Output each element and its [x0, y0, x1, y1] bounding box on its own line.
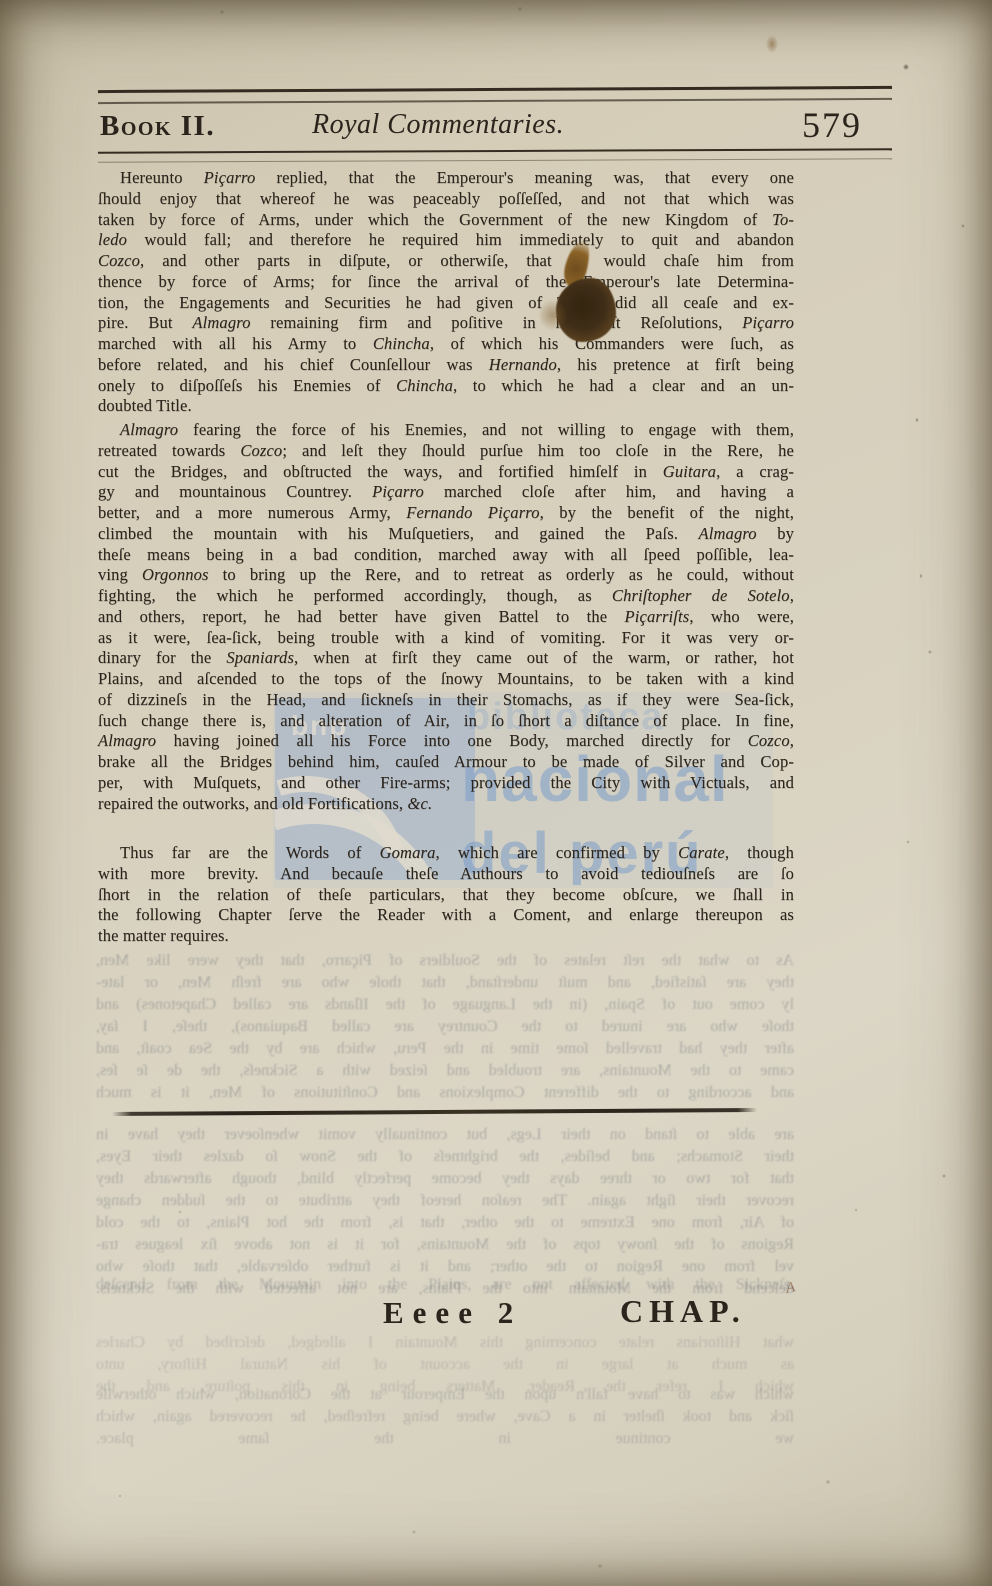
- text-line: climbed the mountain with his Muſquetier…: [98, 524, 794, 545]
- text-line: the following Chapter ſerve the Reader w…: [98, 905, 794, 926]
- text-line: repaired the outworks, and old Fortifica…: [98, 794, 794, 815]
- text-line: ſick and took ſhelter in a Cave, where b…: [96, 1406, 794, 1428]
- text-line: doubted Title.: [98, 396, 794, 417]
- header-rule-top: [98, 86, 892, 104]
- text-line: recover their ſight again. The reaſon he…: [96, 1190, 794, 1212]
- text-line: pire. But Almagro remaining firm and poſ…: [98, 313, 794, 334]
- text-line: better, and a more numerous Army, Fernan…: [98, 503, 794, 524]
- showthrough-bottom: which was to have fall'n upon the Empero…: [96, 1384, 794, 1450]
- text-line: as much at large in the account of his N…: [96, 1354, 794, 1376]
- paragraph-1: Hereunto Piçarro replied, that the Emper…: [98, 168, 794, 417]
- text-line: which was to have fall'n upon the Empero…: [96, 1384, 794, 1406]
- catchword: CHAP.: [620, 1293, 746, 1330]
- text-line: ving Orgonnos to bring up the Rere, and …: [98, 565, 794, 586]
- book-label: Book II.: [100, 110, 215, 143]
- text-line: taken by force of Arms, under which the …: [98, 210, 794, 231]
- text-line: before related, and his chief Counſellou…: [98, 355, 794, 376]
- text-line: of Air, from one Extreme to the other, t…: [96, 1212, 794, 1234]
- gathering-mark: Eeee 2: [383, 1295, 522, 1331]
- text-line: and others, report, he had better have g…: [98, 607, 794, 628]
- text-line: Hereunto Piçarro replied, that the Emper…: [98, 168, 794, 189]
- text-line: tion, the Engagements and Securities he …: [98, 293, 794, 314]
- text-line: after they had travelled ſome time in th…: [96, 1038, 794, 1060]
- text-line: Cozco, and other parts in diſpute, or ot…: [98, 251, 794, 272]
- page-number: 579: [802, 104, 862, 146]
- header-rule-bottom: [98, 148, 892, 162]
- text-line: ſhort in the relation of theſe particula…: [98, 885, 794, 906]
- text-line: with more brevity. And becauſe theſe Aut…: [98, 864, 794, 885]
- text-line: theſe means being in a bad condition, ma…: [98, 545, 794, 566]
- text-line: they are ſatisfied, and muſt underſtand,…: [96, 972, 794, 994]
- text-line: what Hiſtorians relate concerning this M…: [96, 1332, 794, 1354]
- text-line: ſuch change there is, and alteration of …: [98, 711, 794, 732]
- text-line: As to what the reſt relates of the Sould…: [96, 950, 794, 972]
- text-line: Almagro fearing the force of his Enemies…: [98, 420, 794, 441]
- text-line: gy and mountainous Countrey. Piçarro mar…: [98, 482, 794, 503]
- text-line: ly come out of Spain, (in the Language o…: [96, 994, 794, 1016]
- text-line: Regions of the ſnowy tops of the Mountai…: [96, 1234, 794, 1256]
- text-line: thoſe who are inured to the Countrey are…: [96, 1016, 794, 1038]
- text-line: retreated towards Cozco; and leſt they ſ…: [98, 441, 794, 462]
- paragraph-3: Thus far are the Words of Gomara, which …: [98, 843, 794, 947]
- showthrough-above-rule: As to what the reſt relates of the Sould…: [96, 950, 794, 1104]
- text-line: dinary for the Spaniards, when at firſt …: [98, 648, 794, 669]
- text-line: Thus far are the Words of Gomara, which …: [98, 843, 794, 864]
- text-line: of dizzineſs in the Head, and ſickneſs i…: [98, 690, 794, 711]
- text-line: marched with all his Army to Chincha, of…: [98, 334, 794, 355]
- text-line: brake all the Bridges behind him, cauſed…: [98, 752, 794, 773]
- text-line: Almagro having joined all his Force into…: [98, 731, 794, 752]
- text-line: per, with Muſquets, and other Fire-arms;…: [98, 773, 794, 794]
- text-line: onely to diſpoſſeſs his Enemies of Chinc…: [98, 376, 794, 397]
- text-line: as it were, ſea-ſick, being trouble with…: [98, 628, 794, 649]
- text-line: fighting, the which he performed accordi…: [98, 586, 794, 607]
- text-line: and according to the different Complexio…: [96, 1082, 794, 1104]
- text-line: the matter requires.: [98, 926, 794, 947]
- text-line: came to the Mountains, are troubled and …: [96, 1060, 794, 1082]
- text-line: cut the Bridges, and obſtructed the ways…: [98, 462, 794, 483]
- text-line: we continue in the ſame place.: [96, 1428, 794, 1450]
- book-page-scan: Book II. Royal Commentaries. 579 bnp bib…: [0, 0, 992, 1586]
- text-line: are able to ſtand on their Legs, but con…: [96, 1124, 794, 1146]
- text-line: ledo would fall; and therefore he requir…: [98, 230, 794, 251]
- text-line: thence by force of Arms; for ſince the a…: [98, 272, 794, 293]
- text-line: Plains, and aſcended to the tops of the …: [98, 669, 794, 690]
- section-rule: [112, 1108, 757, 1115]
- text-line: their Stomachs; and beſides, the brightn…: [96, 1146, 794, 1168]
- running-title: Royal Commentaries.: [312, 109, 564, 141]
- paragraph-2: Almagro fearing the force of his Enemies…: [98, 420, 794, 814]
- text-line: ſhould enjoy that whereof he was peaceab…: [98, 189, 794, 210]
- text-line: that for two or three days they become p…: [96, 1168, 794, 1190]
